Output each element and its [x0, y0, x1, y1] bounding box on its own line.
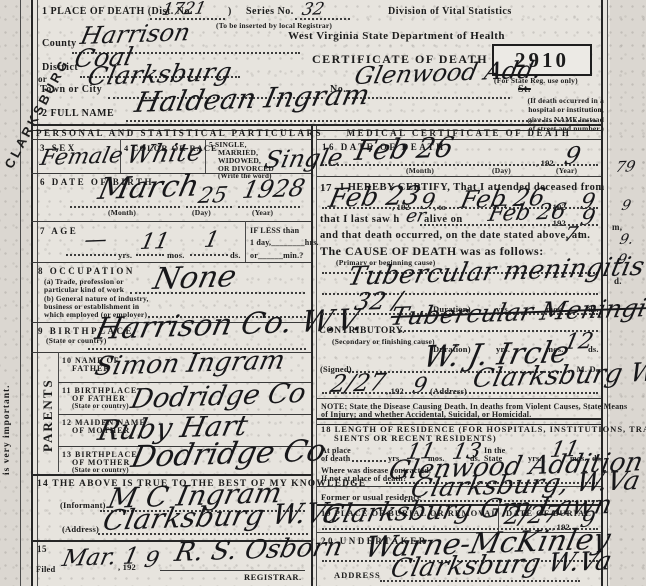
birth-month-value: March: [95, 169, 202, 207]
occupation-a2: particular kind of work: [44, 285, 124, 294]
undertaker-address-label: ADDRESS: [334, 570, 381, 580]
county-label: County: [42, 38, 77, 49]
filed-number: 15: [37, 544, 47, 554]
signed-address-caption: (Address): [430, 386, 467, 396]
informant-caption: (Informant): [60, 500, 106, 510]
signed-rule: [322, 392, 598, 394]
full-name-rule: [126, 120, 596, 122]
dod-day-caption: (Day): [492, 166, 511, 175]
father-name-value: Simon Ingram: [92, 345, 288, 382]
age-months-rule: [136, 254, 164, 256]
age-years-rule: [66, 254, 116, 256]
death-occurred-line: and that death occurred, on the date sta…: [320, 230, 582, 241]
age-ifless-divider: [245, 221, 246, 262]
dod-bottom-rule: [317, 176, 601, 177]
if-less-line3: or______min.?: [250, 251, 304, 260]
dob-bottom-rule: [31, 221, 311, 222]
contributory-label: CONTRIBUTORY.: [319, 326, 405, 336]
age-years-value: —: [82, 227, 110, 253]
personal-section-title: PERSONAL AND STATISTICAL PARTICULARS: [36, 128, 311, 138]
or-label: or: [38, 74, 47, 84]
full-name-label: 2 FULL NAME: [42, 108, 114, 119]
registrar-signature-rule: [160, 570, 305, 571]
registrar-signature: R. S. Osborn: [172, 532, 345, 568]
at-place-line2: of death: [321, 454, 350, 463]
signed-year-printed: , 192: [386, 386, 404, 396]
race-value: White: [124, 137, 205, 169]
signed-year-value: 9: [410, 374, 429, 399]
edge-mark-1: 79: [614, 157, 637, 176]
if-less-line2: 1 day,________hrs.: [250, 238, 319, 247]
birth-year-caption: (Year): [252, 208, 273, 217]
death-certificate-scan: CLARKSBURG is very important. 79 9 m, 9.…: [0, 0, 646, 586]
district-number-value: 1721: [160, 0, 208, 20]
sex-value: Female: [38, 143, 125, 171]
full-name-value: Haldean Ingram: [132, 78, 373, 119]
dod-month-caption: (Month): [406, 166, 434, 175]
undertaker-address-rule: [380, 580, 580, 582]
occupation-label: 8 OCCUPATION: [38, 266, 135, 276]
if-less-line1: IF LESS than: [250, 226, 299, 235]
mother-birthplace-value: Dodridge Co: [128, 433, 329, 475]
age-days-value: 1: [202, 228, 221, 253]
outer-left-faint-rule: [20, 0, 21, 586]
division-label: Division of Vital Statistics: [388, 6, 512, 17]
place-close-paren: ): [228, 6, 232, 17]
registrar-insert-note: (To be inserted by local Registrar): [216, 21, 332, 30]
age-days-rule: [190, 254, 228, 256]
street-rule: [348, 97, 510, 99]
left-margin: [0, 0, 30, 586]
filed-caption: Filed: [36, 564, 55, 574]
saw-year-printed: , 192: [548, 218, 566, 228]
form-left-inner-border: [37, 0, 38, 586]
informant-address-value: Clarksburg W.Va: [100, 496, 344, 537]
occurred-m-label: m.: [578, 230, 590, 241]
series-no-value: 32: [300, 0, 326, 20]
note-top-rule: [317, 398, 601, 399]
registrar-caption: REGISTRAR.: [244, 572, 302, 582]
age-years-caption: yrs.: [118, 250, 132, 260]
saw-alive-line-start: that I last saw h: [320, 214, 400, 225]
duration-ds-2: ds.: [588, 344, 599, 354]
mother-birthplace-note: (State or country): [72, 466, 129, 474]
series-rule: [295, 18, 350, 20]
age-months-caption: mos.: [167, 250, 185, 260]
filed-year-value: 9: [142, 548, 161, 573]
age-label: 7 AGE: [40, 226, 78, 236]
father-birthplace-note: (State or country): [72, 402, 129, 410]
dod-year-printed: , 192: [536, 158, 554, 168]
edge-mark-3: m,: [612, 222, 622, 232]
birth-year-value: 1928: [240, 174, 308, 204]
department-title: West Virginia State Department of Health: [288, 30, 505, 42]
res-yrs-rule: [352, 460, 386, 462]
filed-year-printed: , 192: [118, 562, 136, 572]
birth-day-caption: (Day): [192, 208, 211, 217]
parents-label-divider: [58, 352, 59, 472]
form-left-border: [31, 0, 33, 586]
contributory-note: (Secondary or finishing cause): [332, 337, 435, 346]
birth-month-caption: (Month): [108, 208, 136, 217]
dod-year-caption: (Year): [556, 166, 577, 175]
occupation-value: None: [150, 259, 240, 297]
informant-address-caption: (Address): [62, 524, 99, 534]
date-of-death-value: Feb 26: [352, 131, 457, 167]
margin-note: is very important.: [2, 310, 12, 475]
st-label-struck: St.: [518, 84, 531, 95]
parents-side-label: PARENTS: [40, 372, 56, 452]
undertaker-address-value: Clarksburg W.Va: [388, 546, 614, 584]
series-no-label: Series No.: [246, 6, 294, 17]
